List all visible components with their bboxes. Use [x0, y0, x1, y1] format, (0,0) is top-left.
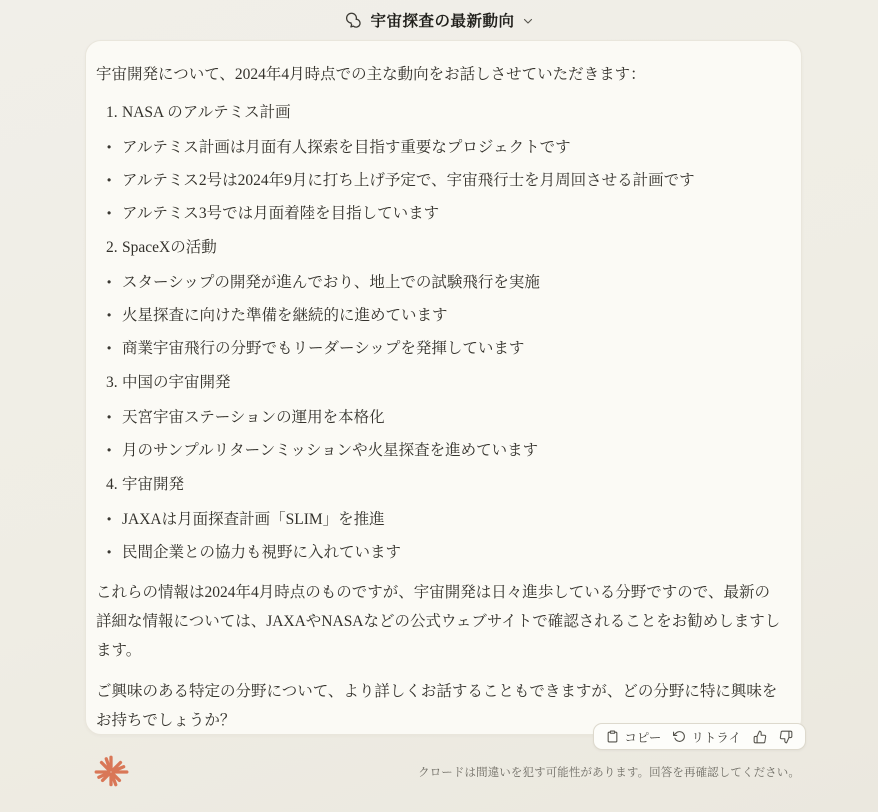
claude-logo-icon [92, 753, 130, 791]
assistant-message: 宇宙開発について、2024年4月時点での主な動向をお話しさせていただきます： 1… [96, 60, 781, 735]
message-closing-1: これらの情報は2024年4月時点のものですが、宇宙開発は日々進歩している分野です… [96, 578, 781, 665]
page: 宇宙探査の最新動向 宇宙開発について、2024年4月時点での主な動向をお話しさせ… [0, 0, 878, 812]
retry-button[interactable]: リトライ [669, 726, 745, 748]
list-item: • 月のサンプルリターンミッションや火星探査を進めています [106, 436, 781, 465]
conversation-title-menu[interactable]: 宇宙探査の最新動向 [0, 0, 878, 36]
bullet-text: 火星探査に向けた準備を継続的に進めています [122, 301, 448, 330]
bullet-text: 民間企業との協力も視野に入れています [122, 538, 401, 567]
list-item: • アルテミス2号は2024年9月に打ち上げ予定で、宇宙飛行士を月周回させる計画… [106, 166, 781, 195]
thumbs-up-button[interactable] [749, 728, 771, 746]
section-number: 2. [106, 233, 122, 262]
retry-icon [673, 730, 686, 743]
bullet-text: 天宮宇宙ステーションの運用を本格化 [122, 403, 385, 432]
section-heading: 2. SpaceXの活動 [106, 233, 781, 262]
conversation-title: 宇宙探査の最新動向 [370, 9, 514, 31]
list-item: • JAXAは月面探査計画「SLIM」を推進 [106, 505, 781, 534]
list-item: • アルテミス3号では月面着陸を目指しています [106, 199, 781, 228]
page-footer: クロードは間違いを犯す可能性があります。回答を再確認してください。 [0, 748, 878, 796]
section-number: 3. [106, 368, 122, 397]
thumbs-down-icon [779, 730, 793, 744]
message-sections: 1. NASA のアルテミス計画 • アルテミス計画は月面有人探索を目指す重要な… [106, 98, 781, 567]
bullet-marker: • [106, 268, 122, 297]
bullet-text: 月のサンプルリターンミッションや火星探査を進めています [122, 436, 538, 465]
list-item: • 民間企業との協力も視野に入れています [106, 538, 781, 567]
message-action-bar: コピー リトライ [593, 723, 806, 750]
disclaimer-text: クロードは間違いを犯す可能性があります。回答を再確認してください。 [418, 764, 800, 780]
assistant-message-card: 宇宙開発について、2024年4月時点での主な動向をお話しさせていただきます： 1… [85, 40, 802, 735]
bullet-marker: • [106, 436, 122, 465]
list-item: • アルテミス計画は月面有人探索を目指す重要なプロジェクトです [106, 133, 781, 162]
copy-button[interactable]: コピー [602, 726, 665, 748]
bullet-text: アルテミス3号では月面着陸を目指しています [122, 199, 439, 228]
bullet-marker: • [106, 166, 122, 195]
thumbs-up-icon [753, 730, 767, 744]
section-heading: 3. 中国の宇宙開発 [106, 368, 781, 397]
bullet-text: スターシップの開発が進んでおり、地上での試験飛行を実施 [122, 268, 540, 297]
list-item: • 火星探査に向けた準備を継続的に進めています [106, 301, 781, 330]
bullet-marker: • [106, 505, 122, 534]
retry-label: リトライ [691, 728, 741, 746]
bullet-marker: • [106, 334, 122, 363]
clipboard-icon [606, 730, 619, 743]
copy-label: コピー [624, 728, 661, 746]
bullet-marker: • [106, 199, 122, 228]
list-item: • 天宮宇宙ステーションの運用を本格化 [106, 403, 781, 432]
section-title: SpaceXの活動 [122, 233, 217, 262]
bullet-marker: • [106, 133, 122, 162]
thumbs-down-button[interactable] [775, 728, 797, 746]
chevron-down-icon [522, 15, 534, 27]
section-title: NASA のアルテミス計画 [122, 98, 291, 127]
message-intro: 宇宙開発について、2024年4月時点での主な動向をお話しさせていただきます： [96, 60, 781, 89]
bullet-marker: • [106, 301, 122, 330]
chat-bubbles-icon [344, 11, 363, 30]
section-heading: 4. 宇宙開発 [106, 470, 781, 499]
section-number: 1. [106, 98, 122, 127]
section-heading: 1. NASA のアルテミス計画 [106, 98, 781, 127]
bullet-marker: • [106, 538, 122, 567]
list-item: • 商業宇宙飛行の分野でもリーダーシップを発揮しています [106, 334, 781, 363]
bullet-text: アルテミス計画は月面有人探索を目指す重要なプロジェクトです [122, 133, 571, 162]
bullet-marker: • [106, 403, 122, 432]
section-title: 宇宙開発 [122, 470, 184, 499]
list-item: • スターシップの開発が進んでおり、地上での試験飛行を実施 [106, 268, 781, 297]
bullet-text: 商業宇宙飛行の分野でもリーダーシップを発揮しています [122, 334, 524, 363]
bullet-text: JAXAは月面探査計画「SLIM」を推進 [122, 505, 385, 534]
section-number: 4. [106, 470, 122, 499]
section-title: 中国の宇宙開発 [122, 368, 231, 397]
bullet-text: アルテミス2号は2024年9月に打ち上げ予定で、宇宙飛行士を月周回させる計画です [122, 166, 695, 195]
